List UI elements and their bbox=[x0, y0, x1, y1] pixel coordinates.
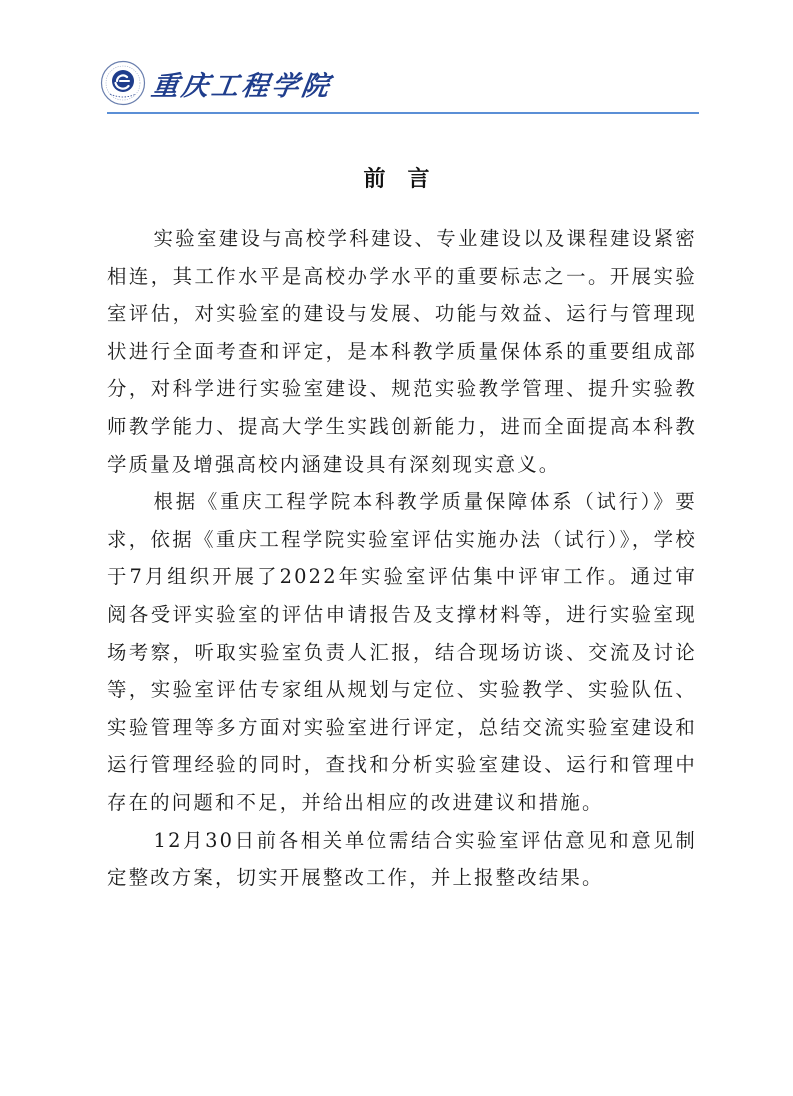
paragraph-1: 实验室建设与高校学科建设、专业建设以及课程建设紧密相连，其工作水平是高校办学水平… bbox=[107, 220, 697, 483]
document-body: 实验室建设与高校学科建设、专业建设以及课程建设紧密相连，其工作水平是高校办学水平… bbox=[107, 220, 697, 897]
header-divider bbox=[107, 112, 699, 114]
page-header: 重庆工程学院 bbox=[100, 58, 332, 108]
school-emblem-icon bbox=[100, 60, 146, 106]
paragraph-3: 12月30日前各相关单位需结合实验室评估意见和意见制定整改方案，切实开展整改工作… bbox=[107, 822, 697, 897]
page-title: 前言 bbox=[0, 162, 793, 193]
paragraph-2: 根据《重庆工程学院本科教学质量保障体系（试行）》要求，依据《重庆工程学院实验室评… bbox=[107, 483, 697, 821]
institution-name: 重庆工程学院 bbox=[149, 64, 334, 103]
